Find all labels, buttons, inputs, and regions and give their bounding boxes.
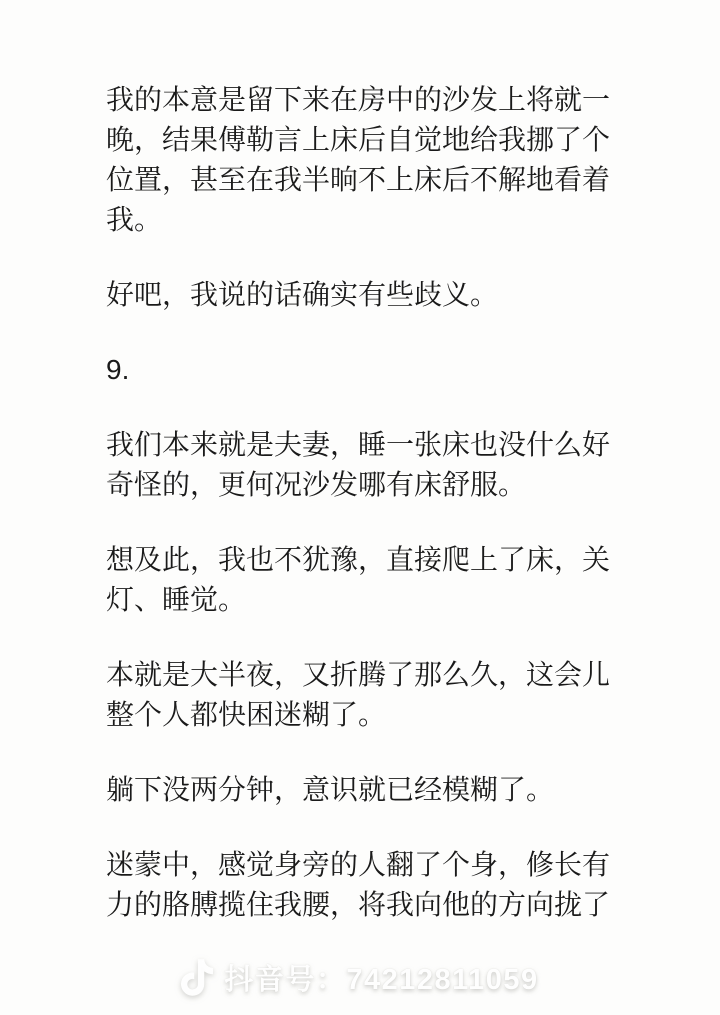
story-text: 我的本意是留下来在房中的沙发上将就一晚，结果傅勒言上床后自觉地给我挪了个位置，甚… [106, 80, 651, 960]
text-line: 灯、睡觉。 [106, 580, 651, 620]
text-line: 9. [106, 350, 651, 390]
story-page: 我的本意是留下来在房中的沙发上将就一晚，结果傅勒言上床后自觉地给我挪了个位置，甚… [0, 0, 720, 1015]
text-line: 位置，甚至在我半晌不上床后不解地看着 [106, 160, 651, 200]
paragraph: 我们本来就是夫妻，睡一张床也没什么好奇怪的，更何况沙发哪有床舒服。 [106, 425, 651, 505]
paragraph: 躺下没两分钟，意识就已经模糊了。 [106, 770, 651, 810]
text-line: 力的胳膊揽住我腰，将我向他的方向拢了 [106, 885, 651, 925]
paragraph: 想及此，我也不犹豫，直接爬上了床，关灯、睡觉。 [106, 540, 651, 620]
text-line: 本就是大半夜，又折腾了那么久，这会儿 [106, 655, 651, 695]
text-line: 迷蒙中，感觉身旁的人翻了个身，修长有 [106, 845, 651, 885]
text-line: 我。 [106, 200, 651, 240]
paragraph: 9. [106, 350, 651, 390]
text-line: 好吧，我说的话确实有些歧义。 [106, 275, 651, 315]
text-line: 晚，结果傅勒言上床后自觉地给我挪了个 [106, 120, 651, 160]
douyin-watermark: 抖音号：74212811059 [0, 953, 720, 1001]
text-line: 想及此，我也不犹豫，直接爬上了床，关 [106, 540, 651, 580]
text-line: 我们本来就是夫妻，睡一张床也没什么好 [106, 425, 651, 465]
watermark-label: 抖音号：74212811059 [224, 957, 538, 998]
text-line: 整个人都快困迷糊了。 [106, 695, 651, 735]
paragraph: 好吧，我说的话确实有些歧义。 [106, 275, 651, 315]
paragraph: 我的本意是留下来在房中的沙发上将就一晚，结果傅勒言上床后自觉地给我挪了个位置，甚… [106, 80, 651, 240]
douyin-note-icon [181, 959, 213, 996]
text-line: 躺下没两分钟，意识就已经模糊了。 [106, 770, 651, 810]
paragraph: 本就是大半夜，又折腾了那么久，这会儿整个人都快困迷糊了。 [106, 655, 651, 735]
paragraph: 迷蒙中，感觉身旁的人翻了个身，修长有力的胳膊揽住我腰，将我向他的方向拢了 [106, 845, 651, 925]
text-line: 我的本意是留下来在房中的沙发上将就一 [106, 80, 651, 120]
text-line: 奇怪的，更何况沙发哪有床舒服。 [106, 465, 651, 505]
